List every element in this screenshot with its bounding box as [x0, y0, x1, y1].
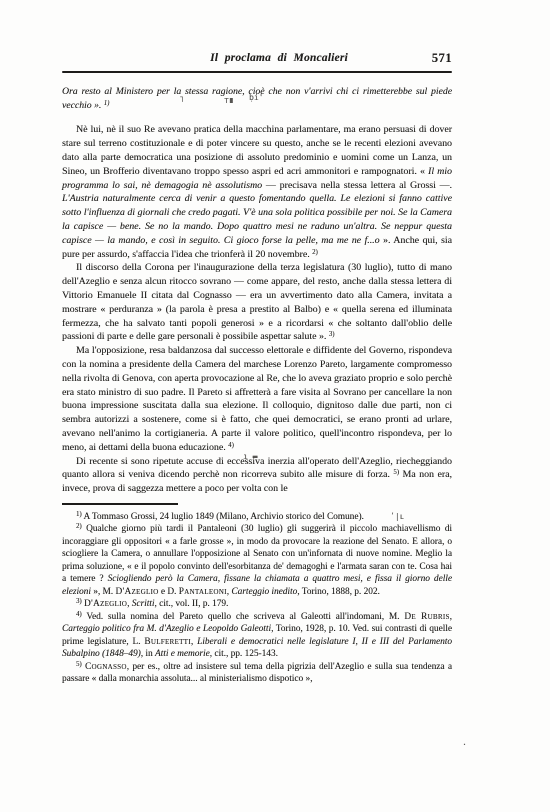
footnotes: 1) A Tommaso Grossi, 24 luglio 1849 (Mil… [62, 511, 452, 686]
footnote-4: 4) Ved. sulla nomina del Pareto quello c… [62, 611, 452, 661]
scan-artifact: ı ▬ [243, 452, 257, 461]
footnote-3: 3) D'Azeglio, Scritti, cit., vol. II, p.… [62, 598, 452, 611]
body-text: Nè lui, nè il suo Re avevano pratica del… [62, 123, 452, 496]
body-paragraph-2: Il discorso della Corona per l'inauguraz… [62, 261, 452, 344]
scan-artifact: ḅi' [249, 93, 263, 102]
header-rule [62, 71, 452, 73]
running-head: Il proclama di Moncalieri 571 [62, 52, 452, 67]
book-page: Il proclama di Moncalieri 571 Ora resto … [0, 0, 550, 812]
footnote-2: 2) Qualche giorno più tardi il Pantaleon… [62, 523, 452, 598]
scan-artifact: · [462, 740, 467, 749]
footnote-separator [62, 503, 178, 505]
footnote-5: 5) Cognasso, per es., oltre ad insistere… [62, 661, 452, 686]
running-head-title: Il proclama di Moncalieri [84, 52, 474, 64]
body-paragraph-3: Ma l'opposizione, resa baldanzosa dal su… [62, 344, 452, 454]
scan-artifact: ʹ|ʟ [390, 512, 404, 521]
page-number: 571 [432, 51, 452, 66]
body-paragraph-1: Nè lui, nè il suo Re avevano pratica del… [62, 123, 452, 261]
text-block: Il proclama di Moncalieri 571 Ora resto … [62, 0, 452, 686]
scan-artifact: ˥ [179, 95, 184, 104]
scan-artifact: ⊤∎ [224, 96, 234, 105]
